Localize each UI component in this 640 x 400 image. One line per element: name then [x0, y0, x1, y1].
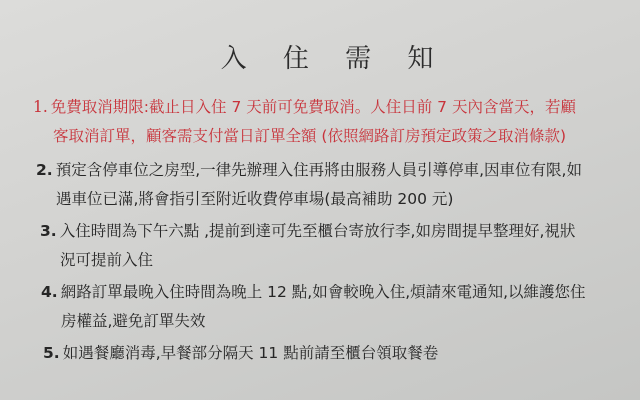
- notice-item-breakfast: 5.如遇餐廳消毒,早餐部分隔天 11 點前請至櫃台領取餐卷: [43, 339, 438, 368]
- item-text: 如遇餐廳消毒,早餐部分隔天 11 點前請至櫃台領取餐卷: [63, 344, 439, 362]
- notice-item-cancellation: 1.免費取消期限:截止日入住 7 天前可免費取消。人住日前 7 天內含當天，若顧…: [33, 93, 576, 151]
- item-line-continued: 房權益,避免訂單失效: [41, 307, 586, 336]
- notice-paper: 入 住 需 知 1.免費取消期限:截止日入住 7 天前可免費取消。人住日前 7 …: [0, 0, 640, 400]
- item-line-continued: 客取消訂單，顧客需支付當日訂單全額 (依照網路訂房預定政策之取消條款): [33, 122, 576, 151]
- notice-item-parking: 2.預定含停車位之房型,一律先辦理入住再將由服務人員引導停車,因車位有限,如 遇…: [36, 156, 582, 214]
- item-number: 5.: [43, 339, 60, 368]
- item-line: 4.網路訂單最晚入住時間為晚上 12 點,如會較晚入住,煩請來電通知,以維護您住: [41, 278, 586, 307]
- item-line: 2.預定含停車位之房型,一律先辦理入住再將由服務人員引導停車,因車位有限,如: [36, 156, 582, 185]
- item-line: 3.入住時間為下午六點 ,提前到達可先至櫃台寄放行李,如房間提早整理好,視狀: [40, 217, 575, 246]
- notice-title: 入 住 需 知: [0, 38, 640, 75]
- notice-item-checkin-time: 3.入住時間為下午六點 ,提前到達可先至櫃台寄放行李,如房間提早整理好,視狀 況…: [40, 217, 575, 275]
- item-line: 5.如遇餐廳消毒,早餐部分隔天 11 點前請至櫃台領取餐卷: [43, 339, 438, 368]
- item-text: 入住時間為下午六點 ,提前到達可先至櫃台寄放行李,如房間提早整理好,視狀: [60, 222, 576, 240]
- item-number: 3.: [40, 217, 57, 246]
- item-line-continued: 況可提前入住: [40, 246, 575, 275]
- item-text: 免費取消期限:截止日入住 7 天前可免費取消。人住日前 7 天內含當天，若顧: [51, 98, 576, 116]
- item-number: 1.: [33, 93, 48, 122]
- item-line: 1.免費取消期限:截止日入住 7 天前可免費取消。人住日前 7 天內含當天，若顧: [33, 93, 576, 122]
- item-line-continued: 遇車位已滿,將會指引至附近收費停車場(最高補助 200 元): [36, 185, 582, 214]
- item-number: 2.: [36, 156, 53, 185]
- item-number: 4.: [41, 278, 58, 307]
- item-text: 預定含停車位之房型,一律先辦理入住再將由服務人員引導停車,因車位有限,如: [56, 161, 582, 179]
- item-text: 網路訂單最晚入住時間為晚上 12 點,如會較晚入住,煩請來電通知,以維護您住: [61, 283, 586, 301]
- notice-item-late-checkin: 4.網路訂單最晚入住時間為晚上 12 點,如會較晚入住,煩請來電通知,以維護您住…: [41, 278, 586, 336]
